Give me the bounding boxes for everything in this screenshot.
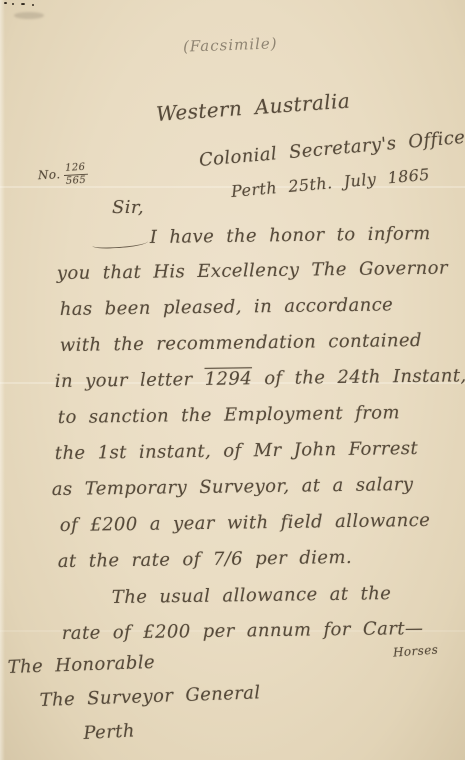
file-number-denominator: 565: [64, 175, 89, 187]
heading-dateline: Perth 25th. July 1865: [230, 165, 430, 201]
manuscript-page: (Facsimile) Western Australia Colonial S…: [0, 0, 465, 760]
ink-speck: [12, 3, 14, 5]
body-line: the 1st instant, of Mr John Forrest: [55, 438, 419, 464]
file-number-prefix: No.: [38, 167, 61, 182]
body-line: rate of £200 per annum for Cart—: [62, 618, 424, 644]
body-line: I have the honor to inform: [150, 223, 431, 248]
heading-region: Western Australia: [155, 89, 351, 126]
pencil-smudge: [14, 12, 44, 19]
address-line: Perth: [83, 720, 135, 744]
ink-speck: [4, 2, 7, 4]
body-line-text: in your letter: [55, 369, 205, 392]
catchword: Horses: [393, 642, 439, 659]
referenced-letter-number: 1294: [205, 368, 253, 390]
body-line: at the rate of 7/6 per diem.: [58, 547, 352, 572]
file-number: No.126565: [37, 163, 88, 189]
ink-speck: [32, 4, 34, 6]
salutation: Sir,: [112, 197, 144, 218]
ink-speck: [21, 3, 25, 5]
opening-flourish: [92, 238, 148, 250]
body-line: The usual allowance at the: [112, 583, 392, 608]
body-line: in your letter 1294 of the 24th Instant,: [55, 365, 465, 392]
facsimile-annotation: (Facsimile): [183, 34, 278, 55]
body-line-text: of the 24th Instant,: [252, 365, 465, 389]
body-line: with the recommendation contained: [60, 330, 422, 356]
body-line: has been pleased, in accordance: [60, 294, 394, 320]
body-line: of £200 a year with field allowance: [60, 510, 431, 536]
body-line: as Temporary Surveyor, at a salary: [52, 474, 414, 500]
scan-edge-highlight: [0, 0, 5, 760]
file-number-fraction: 126565: [63, 163, 88, 187]
body-line: to sanction the Employment from: [58, 402, 400, 428]
address-line: The Honorable: [7, 652, 155, 678]
body-line: you that His Excellency The Governor: [57, 258, 448, 284]
address-line: The Surveyor General: [39, 682, 261, 711]
